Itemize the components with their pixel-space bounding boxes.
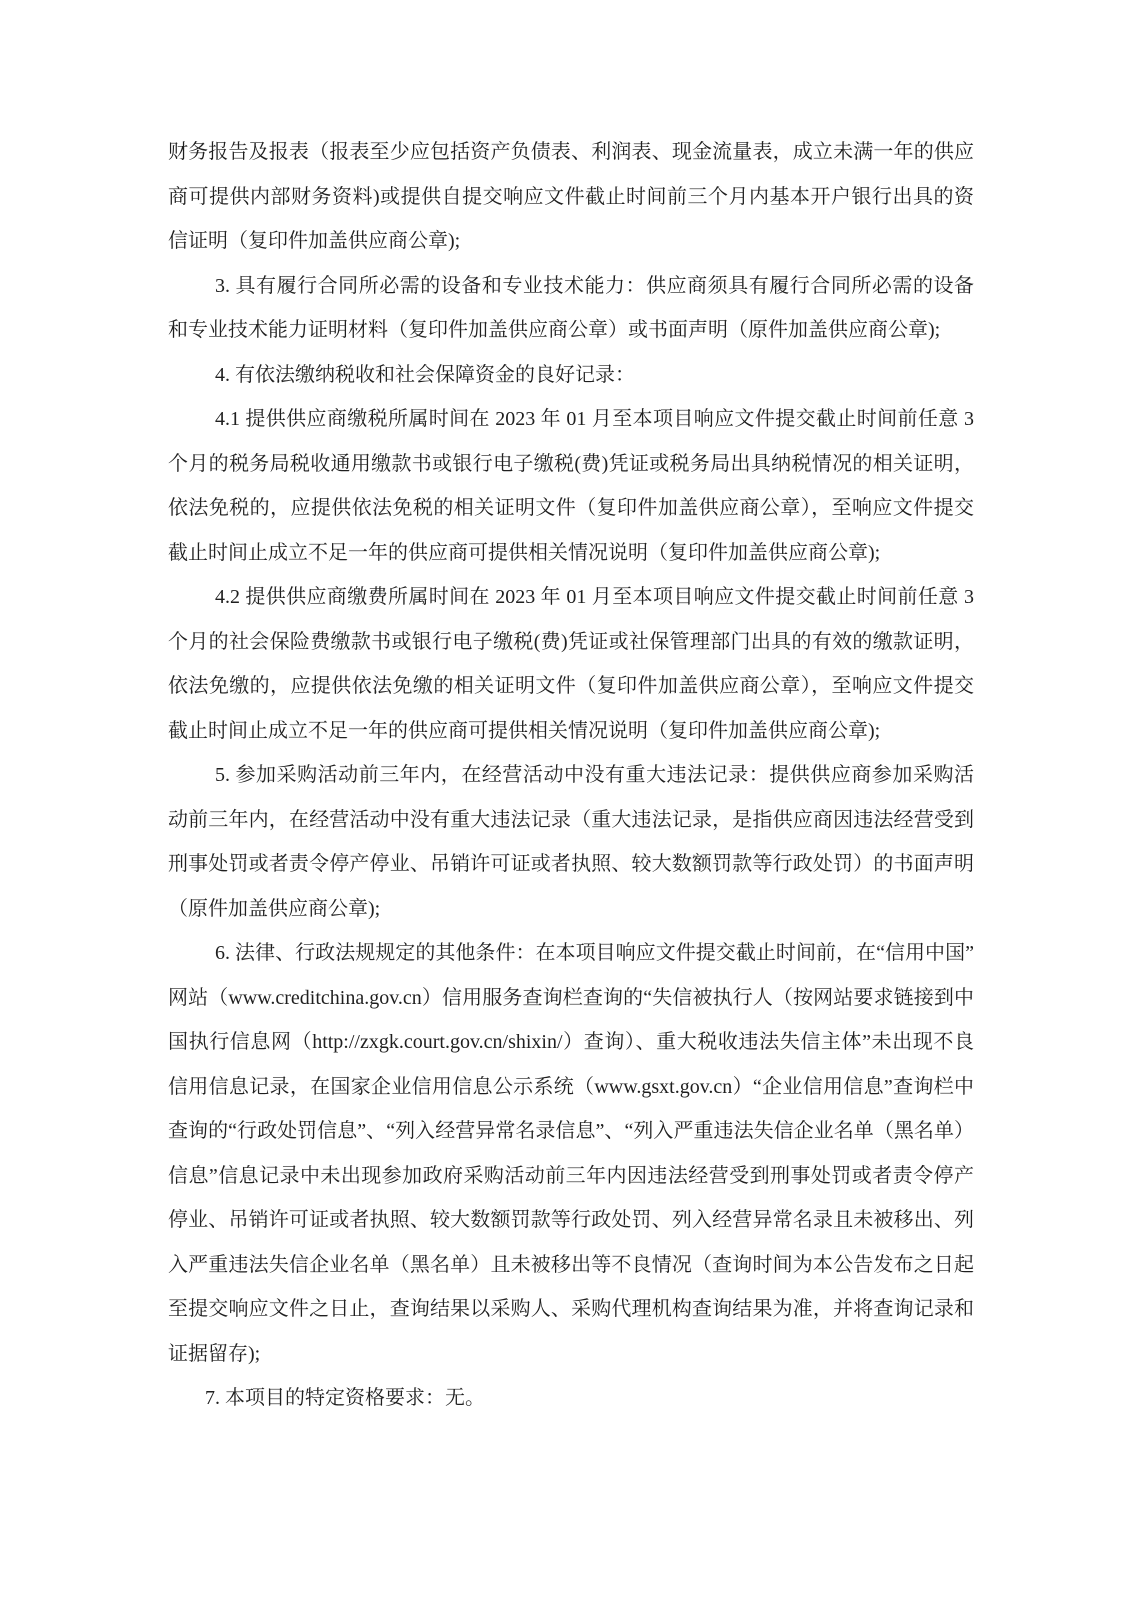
- paragraph-7-specific-qualification: 7. 本项目的特定资格要求：无。: [168, 1376, 974, 1421]
- paragraph-5-no-major-violation: 5. 参加采购活动前三年内，在经营活动中没有重大违法记录：提供供应商参加采购活动…: [168, 753, 974, 931]
- paragraph-6-other-legal-conditions: 6. 法律、行政法规规定的其他条件：在本项目响应文件提交截止时间前，在“信用中国…: [168, 931, 974, 1376]
- paragraph-4-2-social-insurance-proof: 4.2 提供供应商缴费所属时间在 2023 年 01 月至本项目响应文件提交截止…: [168, 575, 974, 753]
- paragraph-financial-statements: 财务报告及报表（报表至少应包括资产负债表、利润表、现金流量表，成立未满一年的供应…: [168, 130, 974, 264]
- paragraph-4-1-tax-payment-proof: 4.1 提供供应商缴税所属时间在 2023 年 01 月至本项目响应文件提交截止…: [168, 397, 974, 575]
- paragraph-3-equipment-capability: 3. 具有履行合同所必需的设备和专业技术能力：供应商须具有履行合同所必需的设备和…: [168, 264, 974, 353]
- paragraph-4-tax-social-security-heading: 4. 有依法缴纳税收和社会保障资金的良好记录：: [168, 353, 974, 398]
- document-page: 财务报告及报表（报表至少应包括资产负债表、利润表、现金流量表，成立未满一年的供应…: [0, 0, 1131, 1600]
